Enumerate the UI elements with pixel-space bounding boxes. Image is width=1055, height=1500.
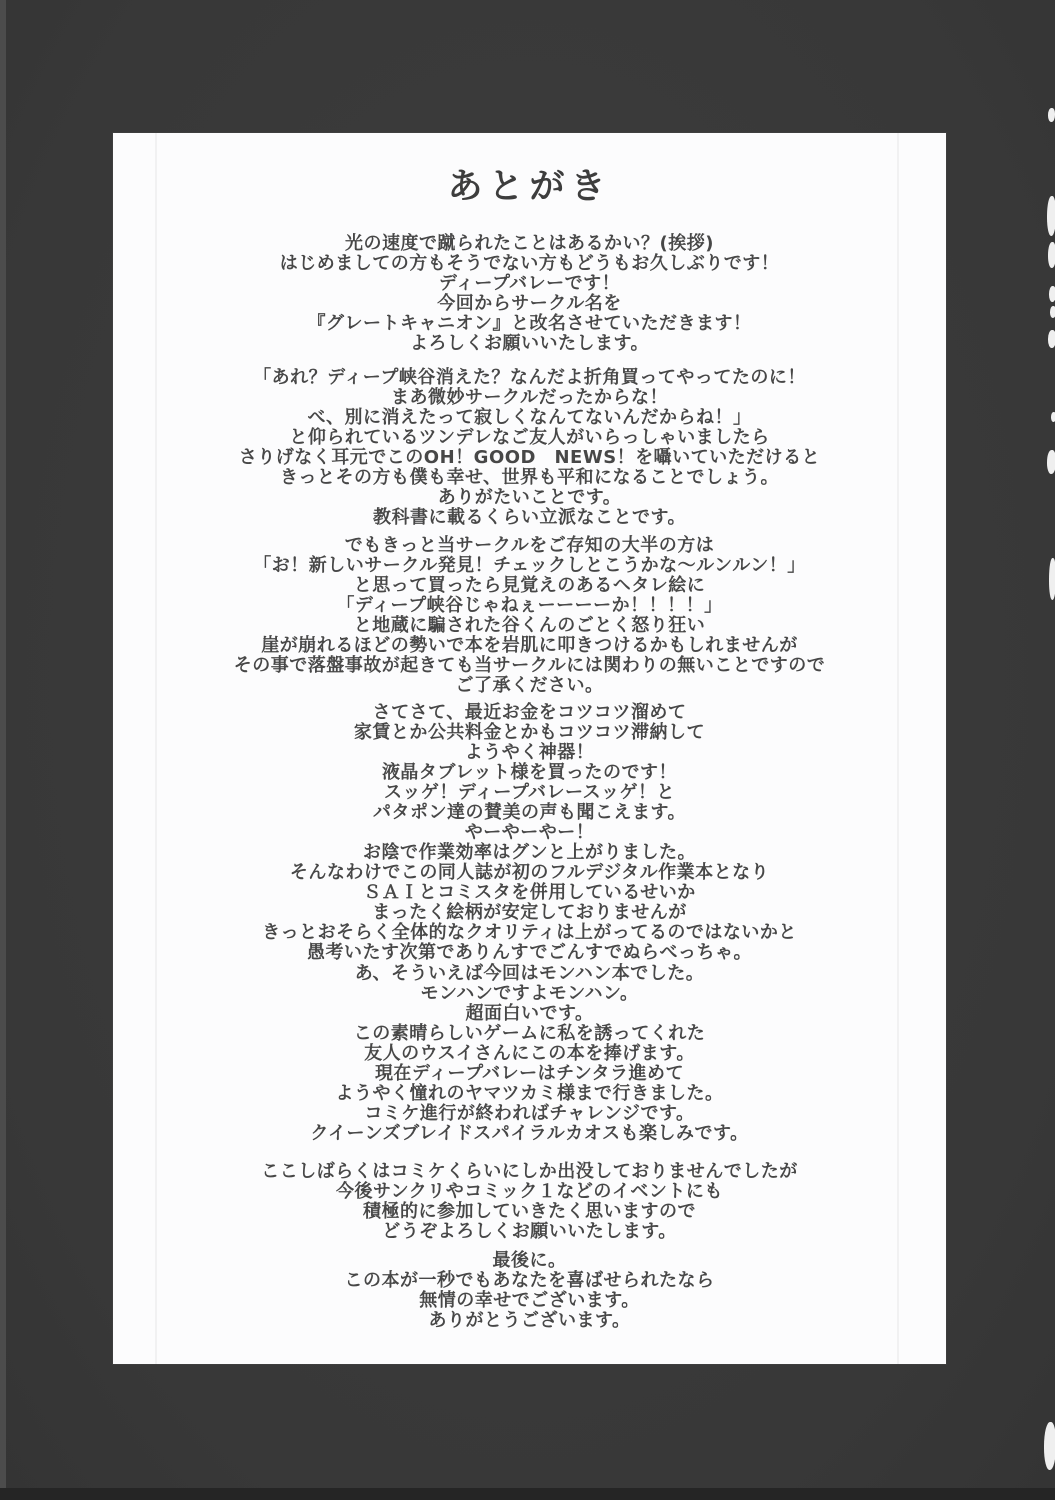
scan-artifact [1047, 450, 1055, 474]
scan-artifact [1049, 558, 1055, 600]
text-line: よろしくお願いいたします。 [113, 334, 946, 354]
text-line: 現在ディープバレーはチンタラ進めて [113, 1064, 946, 1084]
scan-artifact [1048, 330, 1055, 348]
text-line: と仰られているツンデレなご友人がいらっしゃいましたら [113, 428, 946, 448]
text-line: ここしばらくはコミケくらいにしか出没しておりませんでしたが [113, 1162, 946, 1182]
text-line: ご了承ください。 [113, 676, 946, 696]
text-line: と思って買ったら見覚えのあるヘタレ絵に [113, 576, 946, 596]
text-line: やーやーやー！ [113, 823, 946, 843]
text-line: まったく絵柄が安定しておりませんが [113, 903, 946, 923]
text-line: 今回からサークル名を [113, 294, 946, 314]
paragraph-monhan: あ、そういえば今回はモンハン本でした。モンハンですよモンハン。超面白いです。この… [113, 964, 946, 1144]
text-line: スッゲ！ディープバレースッゲ！と [113, 783, 946, 803]
text-line: コミケ進行が終わればチャレンジです。 [113, 1104, 946, 1124]
text-line: 愚考いたす次第でありんすでごんすでぬらべっちゃ。 [113, 943, 946, 963]
text-line: きっとおそらく全体的なクオリティは上がってるのではないかと [113, 923, 946, 943]
text-line: 液晶タブレット様を買ったのです！ [113, 763, 946, 783]
text-line: モンハンですよモンハン。 [113, 984, 946, 1004]
text-line: 今後サンクリやコミック１などのイベントにも [113, 1182, 946, 1202]
text-line: でもきっと当サークルをご存知の大半の方は [113, 536, 946, 556]
paragraph-circle-rename: でもきっと当サークルをご存知の大半の方は「お！新しいサークル発見！チェックしとこ… [113, 536, 946, 696]
text-line: 光の速度で蹴られたことはあるかい？(挨拶) [113, 234, 946, 254]
text-line: どうぞよろしくお願いいたします。 [113, 1222, 946, 1242]
text-line: ＳＡＩとコミスタを併用しているせいか [113, 883, 946, 903]
text-line: お陰で作業効率はグンと上がりました。 [113, 843, 946, 863]
text-line: 「ディープ峡谷じゃねぇーーーーか！！！！」 [113, 596, 946, 616]
text-line: パタポン達の賛美の声も聞こえます。 [113, 803, 946, 823]
scan-edge-bottom [0, 1488, 1055, 1500]
text-line: と地蔵に騙された谷くんのごとく怒り狂い [113, 616, 946, 636]
text-line: 家賃とか公共料金とかもコツコツ滞納して [113, 723, 946, 743]
text-line: ようやく憧れのヤマツカミ様まで行きました。 [113, 1084, 946, 1104]
text-line: あ、そういえば今回はモンハン本でした。 [113, 964, 946, 984]
paragraph-tsundere-friend: 「あれ？ディープ峡谷消えた？なんだよ折角買ってやってたのに！まあ微妙サークルだっ… [113, 368, 946, 528]
text-line: はじめましての方もそうでない方もどうもお久しぶりです！ [113, 254, 946, 274]
scan-edge-left [0, 0, 6, 1500]
paragraph-closing: 最後に。この本が一秒でもあなたを喜ばせられたなら無情の幸せでございます。ありがと… [113, 1251, 946, 1331]
paragraph-tablet: さてさて、最近お金をコツコツ溜めて家賃とか公共料金とかもコツコツ滞納してようやく… [113, 703, 946, 963]
text-line: 最後に。 [113, 1251, 946, 1271]
text-line: ありがとうございます。 [113, 1311, 946, 1331]
scan-artifact [1047, 196, 1055, 236]
scan-artifact [1048, 108, 1055, 122]
text-line: ディープバレーです！ [113, 274, 946, 294]
text-line: 「お！新しいサークル発見！チェックしとこうかな～ルンルン！」 [113, 556, 946, 576]
text-line: クイーンズブレイドスパイラルカオスも楽しみです。 [113, 1124, 946, 1144]
page-title: あとがき [113, 167, 946, 207]
text-line: ありがたいことです。 [113, 488, 946, 508]
scan-artifact [1044, 1422, 1055, 1470]
text-line: 無情の幸せでございます。 [113, 1291, 946, 1311]
text-line: 友人のウスイさんにこの本を捧げます。 [113, 1044, 946, 1064]
text-line: きっとその方も僕も幸せ、世界も平和になることでしょう。 [113, 468, 946, 488]
paragraph-events: ここしばらくはコミケくらいにしか出没しておりませんでしたが今後サンクリやコミック… [113, 1162, 946, 1242]
text-line: 教科書に載るくらい立派なことです。 [113, 508, 946, 528]
scan-artifact [1049, 286, 1055, 302]
text-line: 積極的に参加していきたく思いますので [113, 1202, 946, 1222]
text-line: 「あれ？ディープ峡谷消えた？なんだよ折角買ってやってたのに！ [113, 368, 946, 388]
text-line: 超面白いです。 [113, 1004, 946, 1024]
scan-artifact [1051, 412, 1055, 422]
text-line: さてさて、最近お金をコツコツ溜めて [113, 703, 946, 723]
text-line: 『グレートキャニオン』と改名させていただきます！ [113, 314, 946, 334]
text-line: まあ微妙サークルだったからな！ [113, 388, 946, 408]
scan-artifact [1050, 306, 1055, 318]
text-line: この本が一秒でもあなたを喜ばせられたなら [113, 1271, 946, 1291]
text-line: その事で落盤事故が起きても当サークルには関わりの無いことですので [113, 656, 946, 676]
paragraph-greeting: 光の速度で蹴られたことはあるかい？(挨拶)はじめましての方もそうでない方もどうも… [113, 234, 946, 354]
text-line: そんなわけでこの同人誌が初のフルデジタル作業本となり [113, 863, 946, 883]
text-line: ようやく神器！ [113, 743, 946, 763]
text-line: べ、別に消えたって寂しくなんてないんだからね！」 [113, 408, 946, 428]
text-line: さりげなく耳元でこのOH！GOOD NEWS！を囁いていただけると [113, 448, 946, 468]
scan-artifact [1048, 242, 1055, 268]
text-line: この素晴らしいゲームに私を誘ってくれた [113, 1024, 946, 1044]
text-line: 崖が崩れるほどの勢いで本を岩肌に叩きつけるかもしれませんが [113, 636, 946, 656]
afterword-page: あとがき 光の速度で蹴られたことはあるかい？(挨拶)はじめましての方もそうでない… [113, 133, 946, 1364]
